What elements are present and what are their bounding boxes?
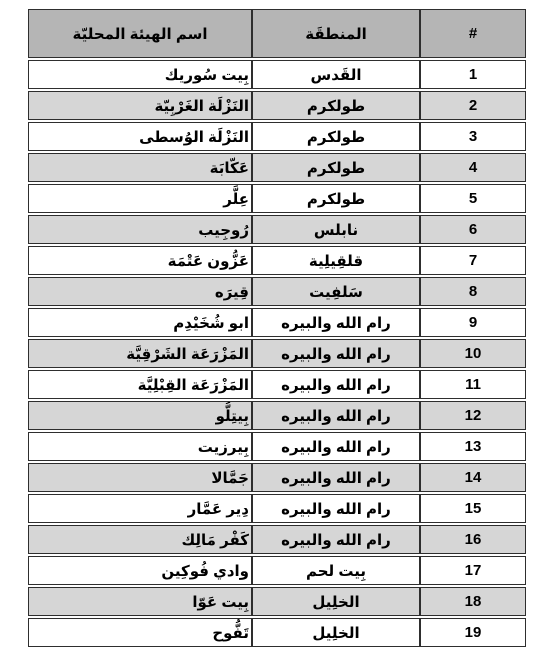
row-name-cell: دِير عَمَّار	[28, 494, 252, 523]
row-name-cell: تَفُّوح	[28, 618, 252, 647]
row-region-cell: رام الله والبيره	[252, 463, 420, 492]
row-number-cell: 16	[420, 525, 526, 554]
row-name-cell: بِيتِلُّو	[28, 401, 252, 430]
local-authorities-table: # المنطقَة اسم الهيئة المحليّة 1 القَدس …	[28, 7, 526, 649]
row-region-cell: رام الله والبيره	[252, 432, 420, 461]
row-name-cell: كَفْر مَالِك	[28, 525, 252, 554]
table-row: 18 الخلِيل بِيت عَوّا	[28, 587, 526, 616]
table-row: 9 رام الله والبيره ابو شُخَيْدِم	[28, 308, 526, 337]
table-row: 17 بِيت لحم وادي فُوكِين	[28, 556, 526, 585]
row-region-cell: رام الله والبيره	[252, 494, 420, 523]
row-name-cell: عَكّابَة	[28, 153, 252, 182]
row-name-cell: وادي فُوكِين	[28, 556, 252, 585]
table-row: 11 رام الله والبيره المَزْرَعَة القِبْلِ…	[28, 370, 526, 399]
table-header: # المنطقَة اسم الهيئة المحليّة	[28, 9, 526, 58]
row-region-cell: نابلس	[252, 215, 420, 244]
table-row: 13 رام الله والبيره بِيرزيت	[28, 432, 526, 461]
header-region: المنطقَة	[252, 9, 420, 58]
row-region-cell: رام الله والبيره	[252, 370, 420, 399]
row-name-cell: المَزْرَعَة القِبْلِيَّة	[28, 370, 252, 399]
row-region-cell: قلقِيلِية	[252, 246, 420, 275]
table-body: 1 القَدس بِيت سُوريك 2 طولكرم النَزْلَة …	[28, 60, 526, 647]
row-region-cell: رام الله والبيره	[252, 525, 420, 554]
row-number-cell: 12	[420, 401, 526, 430]
row-number-cell: 13	[420, 432, 526, 461]
row-region-cell: طولكرم	[252, 184, 420, 213]
row-region-cell: بِيت لحم	[252, 556, 420, 585]
table-row: 10 رام الله والبيره المَزْرَعَة الشَرْقِ…	[28, 339, 526, 368]
row-number-cell: 5	[420, 184, 526, 213]
row-number-cell: 3	[420, 122, 526, 151]
row-name-cell: قِيرَه	[28, 277, 252, 306]
row-number-cell: 19	[420, 618, 526, 647]
row-region-cell: رام الله والبيره	[252, 308, 420, 337]
row-number-cell: 8	[420, 277, 526, 306]
table-header-row: # المنطقَة اسم الهيئة المحليّة	[28, 9, 526, 58]
row-region-cell: رام الله والبيره	[252, 401, 420, 430]
row-name-cell: رُوجِيب	[28, 215, 252, 244]
row-name-cell: النَزْلَة الوُسطى	[28, 122, 252, 151]
table-row: 2 طولكرم النَزْلَة الغَرْبِيّة	[28, 91, 526, 120]
row-number-cell: 15	[420, 494, 526, 523]
table-row: 19 الخلِيل تَفُّوح	[28, 618, 526, 647]
row-name-cell: عِلَّر	[28, 184, 252, 213]
header-authority-name: اسم الهيئة المحليّة	[28, 9, 252, 58]
row-name-cell: بِيت عَوّا	[28, 587, 252, 616]
row-region-cell: الخلِيل	[252, 587, 420, 616]
row-number-cell: 9	[420, 308, 526, 337]
row-region-cell: طولكرم	[252, 153, 420, 182]
row-name-cell: النَزْلَة الغَرْبِيّة	[28, 91, 252, 120]
table-row: 4 طولكرم عَكّابَة	[28, 153, 526, 182]
row-name-cell: بِيت سُوريك	[28, 60, 252, 89]
row-number-cell: 2	[420, 91, 526, 120]
row-region-cell: طولكرم	[252, 91, 420, 120]
row-name-cell: عَزُّون عَتْمَة	[28, 246, 252, 275]
row-name-cell: بِيرزيت	[28, 432, 252, 461]
row-region-cell: رام الله والبيره	[252, 339, 420, 368]
row-number-cell: 14	[420, 463, 526, 492]
row-number-cell: 1	[420, 60, 526, 89]
table-row: 1 القَدس بِيت سُوريك	[28, 60, 526, 89]
table-row: 16 رام الله والبيره كَفْر مَالِك	[28, 525, 526, 554]
table-row: 5 طولكرم عِلَّر	[28, 184, 526, 213]
row-name-cell: جَمَّالا	[28, 463, 252, 492]
table-row: 8 سَلفِيت قِيرَه	[28, 277, 526, 306]
row-number-cell: 18	[420, 587, 526, 616]
row-number-cell: 4	[420, 153, 526, 182]
table-row: 15 رام الله والبيره دِير عَمَّار	[28, 494, 526, 523]
header-number: #	[420, 9, 526, 58]
row-number-cell: 6	[420, 215, 526, 244]
row-number-cell: 7	[420, 246, 526, 275]
table-row: 6 نابلس رُوجِيب	[28, 215, 526, 244]
table-row: 14 رام الله والبيره جَمَّالا	[28, 463, 526, 492]
row-name-cell: ابو شُخَيْدِم	[28, 308, 252, 337]
row-number-cell: 11	[420, 370, 526, 399]
row-number-cell: 17	[420, 556, 526, 585]
row-name-cell: المَزْرَعَة الشَرْقِيَّة	[28, 339, 252, 368]
row-number-cell: 10	[420, 339, 526, 368]
row-region-cell: سَلفِيت	[252, 277, 420, 306]
table-row: 7 قلقِيلِية عَزُّون عَتْمَة	[28, 246, 526, 275]
row-region-cell: القَدس	[252, 60, 420, 89]
table-row: 3 طولكرم النَزْلَة الوُسطى	[28, 122, 526, 151]
table-row: 12 رام الله والبيره بِيتِلُّو	[28, 401, 526, 430]
row-region-cell: طولكرم	[252, 122, 420, 151]
row-region-cell: الخلِيل	[252, 618, 420, 647]
